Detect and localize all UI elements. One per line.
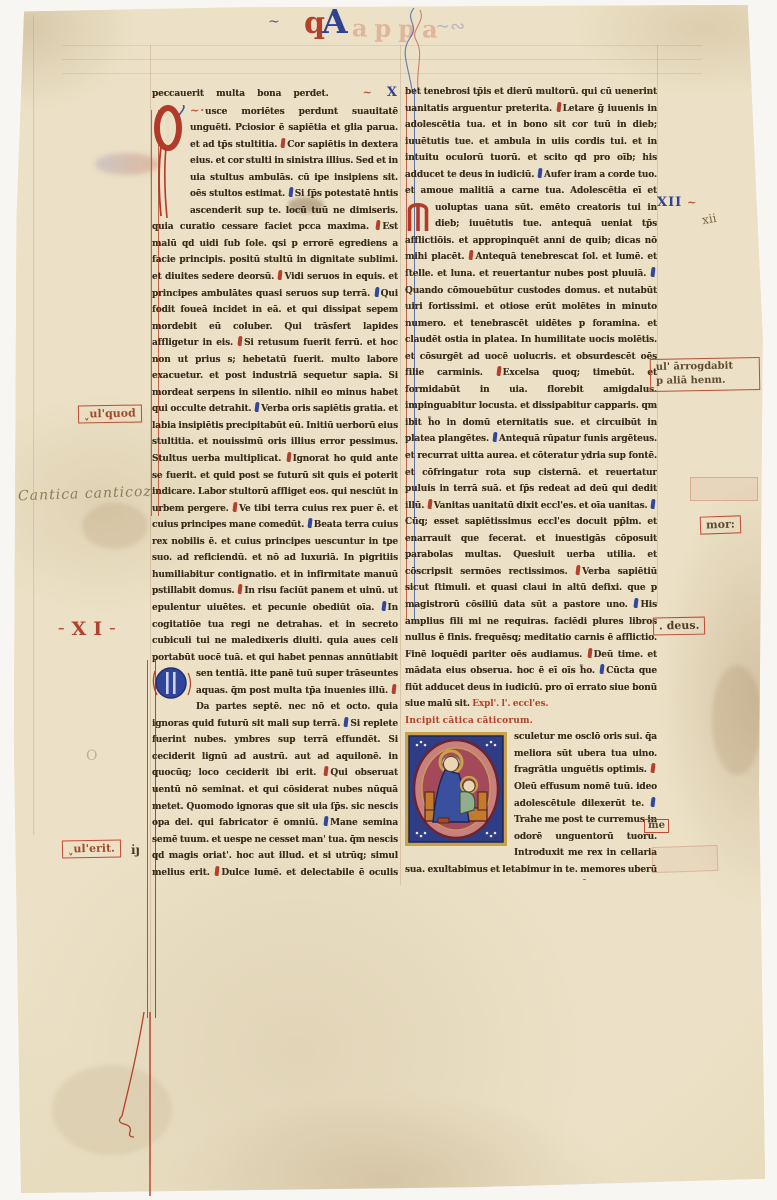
paraph-mark	[324, 766, 329, 776]
body-text: Quando cōmouebūtur custodes domus. et nu…	[405, 286, 657, 379]
margin-note-ch11: XI	[58, 618, 123, 640]
paraph-mark	[376, 220, 381, 230]
paraph-mark	[281, 138, 286, 148]
decorated-initial-M	[405, 201, 431, 233]
body-text: Letare ḡ iuuenis in adolescētia tua. et …	[405, 104, 657, 180]
text-column-left: peccauerit multa bona perdet.~ X ~· usce…	[152, 85, 398, 879]
paraph-mark	[278, 270, 283, 280]
ruling-line	[657, 45, 658, 605]
paraph-mark	[374, 287, 379, 297]
incipit-rubric: Incipit cātica cāticorum.	[405, 713, 657, 730]
paraph-mark	[600, 664, 605, 674]
paraph-mark	[581, 879, 586, 880]
margin-note-faded	[690, 477, 758, 501]
paraph-mark	[232, 502, 237, 512]
running-title-letter: A	[322, 2, 348, 41]
ruling-line	[62, 59, 702, 60]
ruling-line	[400, 45, 401, 885]
penwork-top-flourish	[390, 4, 462, 90]
paraph-mark	[238, 584, 243, 594]
paraph-mark	[537, 168, 542, 178]
numeral-flourish: ~·	[190, 104, 205, 117]
penwork-tail-flourish	[110, 1012, 180, 1198]
margin-note-erit: ˬul'erit.	[62, 839, 121, 858]
body-text: Si retusum fuerit ferrū. et hoc non ut p…	[152, 338, 398, 414]
margin-note-otrial: O	[86, 748, 97, 764]
margin-note-pen: ı̇ȷ	[131, 843, 140, 857]
header-paraph-mark: ~	[268, 14, 280, 30]
paraph-mark	[556, 102, 561, 112]
paraph-mark	[215, 866, 220, 876]
margin-note-deus: . deus.	[653, 617, 706, 636]
leaf-edge-crease	[33, 15, 35, 835]
margin-note-ghostbox	[652, 845, 719, 873]
paraph-mark	[344, 717, 349, 727]
paraph-mark	[650, 763, 655, 773]
text-column-right: bet tenebrosi tp̄is et dierū multorū. qu…	[405, 84, 657, 880]
explicit-rubric: Expl'. l'. eccl'es.	[472, 699, 548, 709]
paraph-mark	[492, 432, 497, 442]
margin-note-quod: ˬul'quod	[78, 404, 142, 423]
paraph-mark	[288, 187, 293, 197]
margin-note-mor: mor:	[700, 515, 741, 534]
paraph-mark	[496, 366, 501, 376]
ruling-line	[62, 73, 702, 74]
stain	[82, 503, 148, 549]
paraph-mark	[634, 598, 639, 608]
stain	[712, 665, 762, 775]
paraph-mark	[237, 336, 242, 346]
margin-note-arrog: ul' ārrogdabitp aliā henm.	[650, 357, 761, 392]
paraph-mark	[469, 250, 474, 260]
paraph-mark	[650, 797, 655, 807]
margin-note-xii2: xii	[701, 211, 718, 227]
numeral-flourish: ~	[363, 86, 387, 99]
paraph-mark	[650, 267, 655, 277]
body-text: Antequā rūpatur funis argēteus. et recur…	[405, 434, 657, 510]
decorated-initial-M	[152, 667, 192, 700]
margin-note-ghosttl	[95, 153, 159, 175]
paraph-mark	[286, 452, 291, 462]
body-text: Oleū effusum nomē tuū. ideo adolescētule…	[514, 782, 657, 809]
paraph-mark	[427, 499, 432, 509]
paraph-mark	[307, 518, 312, 528]
margin-note-me: me	[644, 819, 669, 833]
paraph-mark	[381, 601, 386, 611]
paraph-mark	[650, 499, 655, 509]
paraph-mark	[391, 684, 396, 694]
paraph-mark	[576, 565, 581, 575]
paraph-mark	[255, 402, 260, 412]
paraph-mark	[324, 816, 329, 826]
paraph-mark	[587, 648, 592, 658]
historiated-initial-O-miniature	[405, 732, 507, 846]
body-text: sculetur me osclō oris sui. q̄a meliora …	[514, 732, 657, 775]
body-text: peccauerit multa bona perdet.	[152, 89, 329, 99]
body-text: Beata terra cuius rex nobilis ē. et cuiu…	[152, 520, 398, 596]
manuscript-photo: ~ appa ∼∾ qA peccauerit multa bona perde…	[0, 0, 777, 1200]
margin-note-numxii: XII	[657, 195, 697, 210]
body-text: Vanitas uanitatū dixit eccl'es. et oīa u…	[434, 501, 650, 511]
